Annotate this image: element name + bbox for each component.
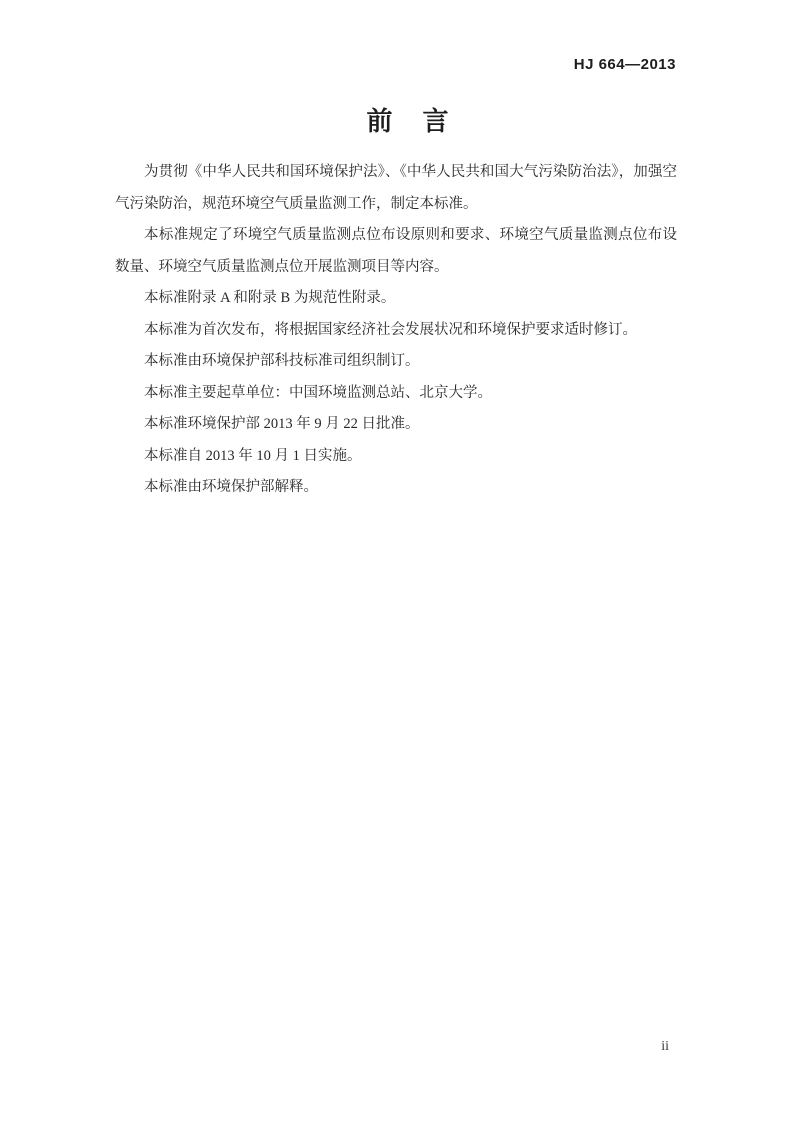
foreword-paragraph: 本标准自 2013 年 10 月 1 日实施。 — [115, 441, 677, 473]
document-page: HJ 664—2013 前 言 为贯彻《中华人民共和国环境保护法》、《中华人民共… — [0, 0, 793, 1122]
foreword-paragraph: 本标准由环境保护部科技标准司组织制订。 — [115, 346, 677, 378]
foreword-paragraph: 本标准由环境保护部解释。 — [115, 472, 677, 504]
foreword-paragraph: 本标准环境保护部 2013 年 9 月 22 日批准。 — [115, 409, 677, 441]
page-footer: ii — [0, 1039, 793, 1059]
foreword-title: 前 言 — [12, 101, 793, 138]
foreword-paragraph: 本标准主要起草单位：中国环境监测总站、北京大学。 — [115, 378, 677, 410]
foreword-paragraph: 本标准为首次发布，将根据国家经济社会发展状况和环境保护要求适时修订。 — [115, 315, 677, 347]
foreword-paragraph: 本标准附录 A 和附录 B 为规范性附录。 — [115, 283, 677, 315]
foreword-paragraph: 本标准规定了环境空气质量监测点位布设原则和要求、环境空气质量监测点位布设数量、环… — [115, 220, 677, 283]
page-header: HJ 664—2013 — [574, 56, 676, 73]
foreword-paragraph: 为贯彻《中华人民共和国环境保护法》、《中华人民共和国大气污染防治法》，加强空气污… — [115, 157, 677, 220]
standard-code: HJ 664—2013 — [574, 56, 676, 73]
foreword-body: 为贯彻《中华人民共和国环境保护法》、《中华人民共和国大气污染防治法》，加强空气污… — [115, 157, 677, 504]
page-number: ii — [661, 1039, 669, 1055]
